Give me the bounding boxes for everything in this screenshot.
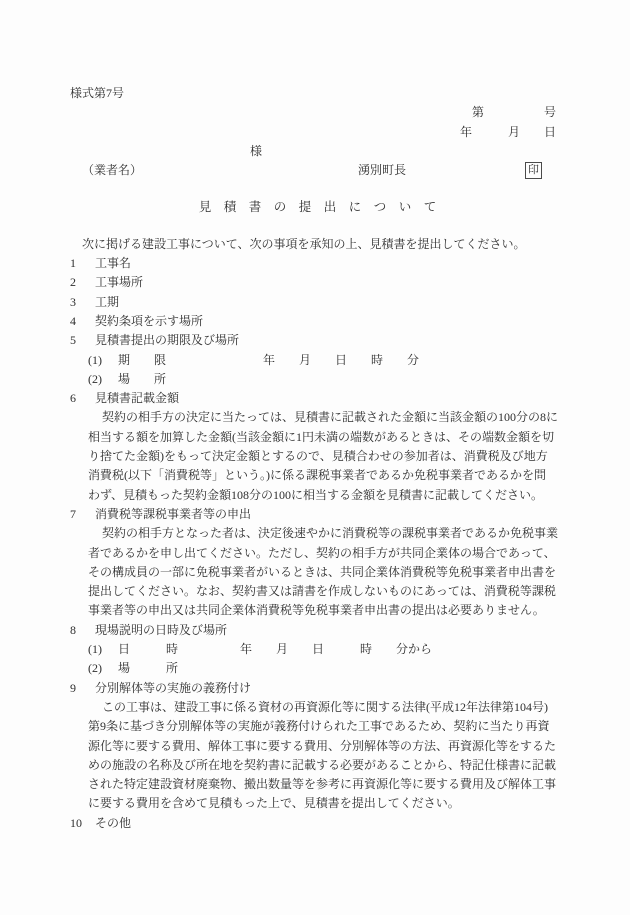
sub-item-label: 場 所 (118, 659, 240, 678)
item-number: 10 (70, 814, 95, 833)
sub-item-number: (2) (88, 370, 118, 389)
paragraph-line: 者であるかを申し出てください。ただし、契約の相手方が共同企業体の場合であって、 (88, 544, 565, 563)
item-row-2: 2 工事場所 (70, 273, 565, 292)
sub-item-row-5-1: (1) 期 限 年 月 日 時 分 (88, 351, 565, 370)
paragraph-line: わず、見積もった契約金額108分の100に相当する金額を見積書に記載してください… (88, 486, 565, 505)
item-label: 消費税等課税事業者等の申出 (95, 505, 565, 524)
sub-item-label: 場 所 (118, 370, 263, 389)
item-label: 見積書提出の期限及び場所 (95, 331, 565, 350)
item-label: その他 (95, 814, 565, 833)
seal-stamp-box: 印 (525, 162, 542, 179)
item-label: 工事名 (95, 254, 565, 273)
item-label: 契約条項を示す場所 (95, 312, 565, 331)
item-row-5: 5 見積書提出の期限及び場所 (70, 331, 565, 350)
item-row-6: 6 見積書記載金額 (70, 389, 565, 408)
addressee-honorific: 様 (250, 142, 262, 161)
sub-item-row-8-1: (1) 日 時 年 月 日 時 分から (88, 640, 565, 659)
item-row-1: 1 工事名 (70, 254, 565, 273)
item-number: 1 (70, 254, 95, 273)
item-row-7: 7 消費税等課税事業者等の申出 (70, 505, 565, 524)
paragraph-line: 契約の相手方の決定に当たっては、見積書に記載された金額に当該金額の100分の8に (88, 408, 565, 427)
form-number: 様式第7号 (70, 84, 565, 103)
item-number: 2 (70, 273, 95, 292)
paragraph-line: 事業者等の申出又は共同企業体消費税等免税事業者申出書の提出は必要ありません。 (88, 601, 565, 620)
reference-number-line: 第 号 (70, 103, 565, 122)
item-number: 9 (70, 679, 95, 698)
paragraph-line: 第9条に基づき分別解体等の実施が義務付けられた工事であるため、契約に当たり再資 (88, 717, 565, 736)
item-number: 6 (70, 389, 95, 408)
sub-item-row-5-2: (2) 場 所 (88, 370, 565, 389)
paragraph-line: 相当する額を加算した金額(当該金額に1円未満の端数があるときは、その端数金額を切 (88, 428, 565, 447)
paragraph-line: 提出してください。なお、契約書又は請書を作成しないものにあっては、消費税等課税 (88, 582, 565, 601)
paragraph-line: 契約の相手方となった者は、決定後速やかに消費税等の課税事業者であるか免税事業 (88, 524, 565, 543)
item-row-9: 9 分別解体等の実施の義務付け (70, 679, 565, 698)
sub-item-value: 年 月 日 時 分 (263, 351, 565, 370)
item-number: 3 (70, 293, 95, 312)
sub-item-value (263, 370, 565, 389)
document-title: 見 積 書 の 提 出 に つ い て (70, 198, 565, 217)
sender-title: 湧別町長 (358, 161, 406, 180)
paragraph-line: に要する費用を含めて見積もった上で、見積書を提出してください。 (88, 794, 565, 813)
sub-item-label: 日 時 (118, 640, 240, 659)
sender-line: 湧別町長 印 (70, 161, 565, 180)
paragraph-line: 消費税(以下「消費税等」という。)に係る課税事業者であるか免税事業者であるかを問 (88, 466, 565, 485)
item-label: 工事場所 (95, 273, 565, 292)
sub-item-number: (1) (88, 640, 118, 659)
sub-item-value: 年 月 日 時 分から (240, 640, 565, 659)
item-number: 8 (70, 621, 95, 640)
document-page: 様式第7号 第 号 年 月 日 （業者名） 様 湧別町長 印 見 積 書 の 提… (0, 0, 630, 915)
sub-item-number: (1) (88, 351, 118, 370)
item-label: 工期 (95, 293, 565, 312)
intro-paragraph: 次に掲げる建設工事について、次の事項を承知の上、見積書を提出してください。 (70, 235, 565, 254)
item-label: 分別解体等の実施の義務付け (95, 679, 565, 698)
item-row-4: 4 契約条項を示す場所 (70, 312, 565, 331)
sub-item-row-8-2: (2) 場 所 (88, 659, 565, 678)
item-label: 見積書記載金額 (95, 389, 565, 408)
item-row-10: 10 その他 (70, 814, 565, 833)
paragraph-line: 源化等に要する費用、解体工事に要する費用、分別解体等の方法、再資源化等をするた (88, 737, 565, 756)
item-number: 5 (70, 331, 95, 350)
item-number: 7 (70, 505, 95, 524)
sub-item-label: 期 限 (118, 351, 263, 370)
item-label: 現場説明の日時及び場所 (95, 621, 565, 640)
sub-item-number: (2) (88, 659, 118, 678)
paragraph-line: された特定建設資材廃棄物、搬出数量等を参考に再資源化等に要する費用及び解体工事 (88, 775, 565, 794)
addressee-line: （業者名） 様 (70, 142, 565, 161)
paragraph-line: り捨てた金額)をもって決定金額とするので、見積合わせの参加者は、消費税及び地方 (88, 447, 565, 466)
paragraph-line: この工事は、建設工事に係る資材の再資源化等に関する法律(平成12年法律第104号… (88, 698, 565, 717)
item-row-3: 3 工期 (70, 293, 565, 312)
paragraph-line: めの施設の名称及び所在地を契約書に記載する必要があることから、特記仕様書に記載 (88, 756, 565, 775)
item-number: 4 (70, 312, 95, 331)
sub-item-value (240, 659, 565, 678)
date-line: 年 月 日 (70, 123, 565, 142)
item-row-8: 8 現場説明の日時及び場所 (70, 621, 565, 640)
paragraph-line: その構成員の一部に免税事業者がいるときは、共同企業体消費税等免税事業者申出書を (88, 563, 565, 582)
